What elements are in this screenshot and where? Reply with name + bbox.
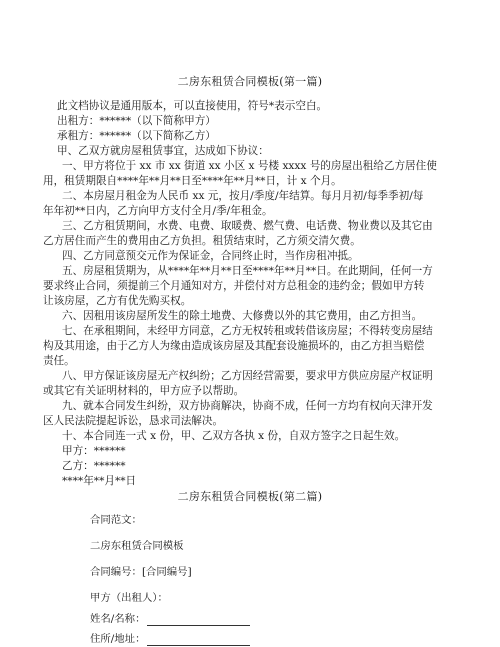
document-title-part1: 二房东租赁合同模板(第一篇) — [0, 73, 500, 89]
text-line: 十、本合同连一式 x 份，甲、乙双方各执 x 份，自双方签字之日起生效。 — [62, 429, 405, 443]
field-name-blank[interactable] — [147, 615, 250, 626]
text-line: 出租方：******（以下简称甲方） — [57, 114, 216, 128]
text-line: 甲、乙双方就房屋租赁事宜，达成如下协议： — [57, 144, 269, 158]
document-title-part2: 二房东租赁合同模板(第二篇) — [0, 488, 500, 504]
text-line: 三、乙方租赁期间，水费、电费、取暖费、燃气费、电话费、物业费以及其它由 — [62, 219, 433, 233]
document-page: 二房东租赁合同模板(第一篇) 此文档协议是通用版本，可以直接使用，符号*表示空白… — [0, 0, 500, 647]
text-line: 合同范文： — [90, 513, 142, 527]
text-line: 要求终止合同，须提前三个月通知对方，并偿付对方总租金的违约金；假如甲方转 — [43, 279, 424, 293]
text-line: 六、因租用该房屋所发生的除土地费、大修费以外的其它费用，由乙方担当。 — [62, 309, 422, 323]
text-line: 四、乙方同意预交元作为保证金，合同终止时，当作房租冲抵。 — [62, 249, 359, 263]
signature-date: ****年**月**日 — [62, 474, 136, 488]
field-name: 姓名/名称： — [90, 612, 250, 626]
text-line: 七、在承租期间，未经甲方同意，乙方无权转租或转借该房屋；不得转变房屋结 — [62, 324, 433, 338]
text-line: 或其它有关证明材料的，甲方应予以帮助。 — [43, 384, 244, 398]
text-line: 合同编号：[合同编号] — [90, 565, 192, 579]
text-line: 年年初**日内，乙方向甲方支付全月/季/年租金。 — [43, 204, 273, 218]
signature-party-a: 甲方：****** — [62, 444, 126, 458]
text-line: 九、就本合同发生纠纷，双方协商解决，协商不成，任何一方均有权向天津开发 — [62, 399, 433, 413]
text-line: 让该房屋，乙方有优先购买权。 — [43, 294, 191, 308]
text-line: 用，租赁期限自****年**月**日至****年**月**日，计 x 个月。 — [43, 174, 342, 188]
field-address-blank[interactable] — [147, 635, 250, 646]
text-line: 二、本房屋月租金为人民币 xx 元，按月/季度/年结算。每月月初/每季季初/每 — [62, 189, 423, 203]
field-address: 住所/地址： — [90, 632, 250, 646]
text-line: 此文档协议是通用版本，可以直接使用，符号*表示空白。 — [57, 99, 327, 113]
text-line: 承租方：******（以下简称乙方） — [57, 129, 216, 143]
text-line: 甲方（出租人）： — [90, 591, 168, 605]
signature-party-b: 乙方：****** — [62, 459, 126, 473]
text-line: 一、甲方将位于 xx 市 xx 街道 xx 小区 x 号楼 xxxx 号的房屋出… — [62, 159, 437, 173]
field-address-label: 住所/地址： — [90, 633, 145, 645]
text-line: 区人民法院提起诉讼，恳求司法解决。 — [43, 414, 223, 428]
text-line: 责任。 — [43, 354, 75, 368]
text-line: 五、房屋租赁期为，从****年**月**日至****年**月**日。在此期间，任… — [62, 264, 433, 278]
text-line: 八、甲方保证该房屋无产权纠纷；乙方因经营需要，要求甲方供应房屋产权证明 — [62, 369, 433, 383]
field-name-label: 姓名/名称： — [90, 613, 145, 625]
text-line: 二房东租赁合同模板 — [90, 539, 184, 553]
text-line: 构及其用途，由于乙方人为缘由造成该房屋及其配套设施损坏的，由乙方担当赔偿 — [43, 339, 424, 353]
text-line: 乙方居住而产生的费用由乙方负担。租赁结束时，乙方须交清欠费。 — [43, 234, 361, 248]
